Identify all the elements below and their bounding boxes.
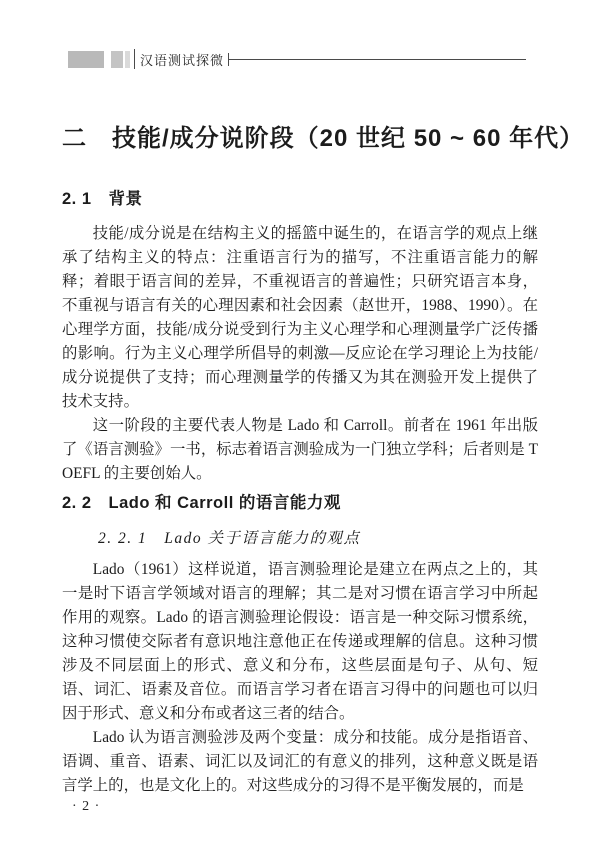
subsection-heading-2-2-1: 2. 2. 1 Lado 关于语言能力的观点 xyxy=(98,528,538,550)
running-header-book-title: 汉语测试探微 xyxy=(140,50,224,69)
running-header: 汉语测试探微 xyxy=(68,48,526,70)
header-horizontal-rule xyxy=(229,59,526,60)
paragraph-background-1: 技能/成分说是在结构主义的摇篮中诞生的，在语言学的观点上继承了结构主义的特点：注… xyxy=(62,222,538,414)
book-page: 汉语测试探微 二 技能/成分说阶段（20 世纪 50 ~ 60 年代） 2. 1… xyxy=(0,0,600,851)
header-block-tail xyxy=(125,51,130,68)
chapter-title: 二 技能/成分说阶段（20 世纪 50 ~ 60 年代） xyxy=(62,124,538,154)
page-content: 二 技能/成分说阶段（20 世纪 50 ~ 60 年代） 2. 1 背景 技能/… xyxy=(0,0,600,798)
paragraph-lado-view-2: Lado 认为语言测验涉及两个变量：成分和技能。成分是指语音、语调、重音、语素、… xyxy=(62,726,538,798)
section-heading-2-1: 2. 1 背景 xyxy=(62,188,538,210)
header-divider-line xyxy=(134,49,135,69)
header-block-small xyxy=(111,51,123,68)
paragraph-lado-view-1: Lado（1961）这样说道，语言测验理论是建立在两点之上的，其一是时下语言学领… xyxy=(62,558,538,726)
header-block-large xyxy=(68,51,104,68)
paragraph-background-2: 这一阶段的主要代表人物是 Lado 和 Carroll。前者在 1961 年出版… xyxy=(62,414,538,486)
section-heading-2-2: 2. 2 Lado 和 Carroll 的语言能力观 xyxy=(62,492,538,514)
page-number: · 2 · xyxy=(72,799,100,815)
